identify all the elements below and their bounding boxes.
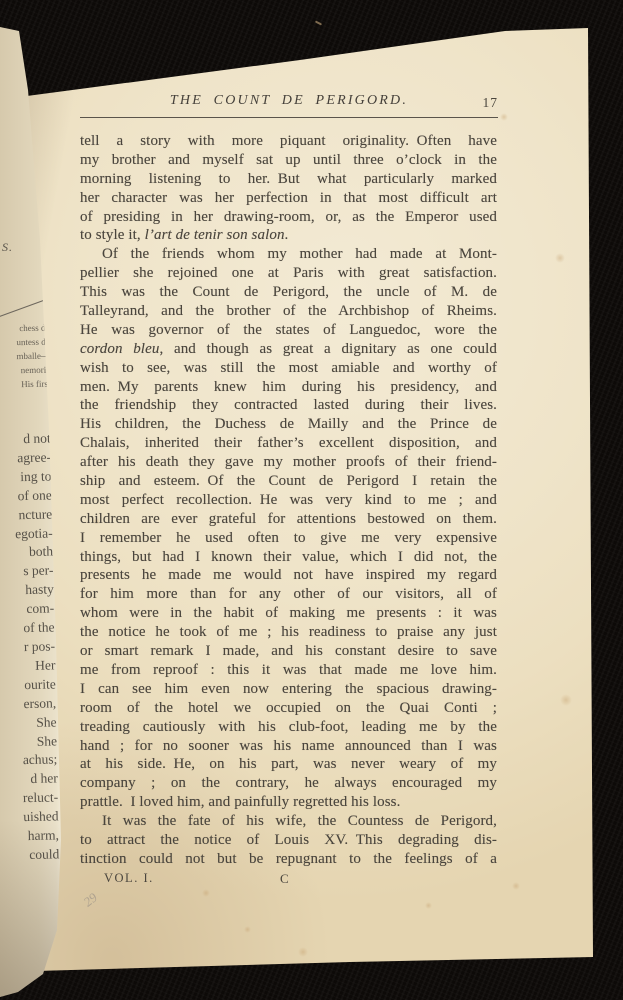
body-line: to attract the notice of Louis XV. This … [80,831,497,850]
body-line: the friendship they contracted lasted du… [80,396,497,415]
body-line: her character was her perfection in that… [80,189,497,208]
body-line: I remember he used often to give me very… [80,529,497,548]
body-line: prattle. I loved him, and painfully regr… [80,793,497,812]
header-rule [80,117,498,118]
body-line: whom were in the habit of making me pres… [80,604,497,623]
body-line: most perfect recollection. He was very k… [80,491,497,510]
body-line: children are ever grateful for attention… [80,510,497,529]
body-line: Chalais, inherited their father’s excell… [80,434,497,453]
body-line: or smart remark I made, and his constant… [80,642,497,661]
body-line: the notice he took of me ; his readiness… [80,623,497,642]
body-line: morning listening to her. But what parti… [80,170,497,189]
body-line: my brother and myself sat up until three… [80,151,497,170]
body-line: things, but had I known their value, whi… [80,548,497,567]
body-line: Of the friends whom my mother had made a… [80,245,497,264]
body-text: tell a story with more piquant originali… [80,132,497,869]
pencil-annotation: 29 [80,890,100,911]
book-photo: S. chess deuntess demballe—nemoriaHis fi… [0,0,623,1000]
body-line: I can see him even now entering the spac… [80,680,497,699]
body-line: of presiding in her drawing-room, or, as… [80,208,497,227]
footer-signature-mark: C [280,871,289,887]
body-line: men. My parents knew him during his pres… [80,378,497,397]
body-line: Talleyrand, and the brother of the Archb… [80,302,497,321]
body-line: wish to see, was still the most amiable … [80,359,497,378]
body-line: pellier she rejoined one at Paris with g… [80,264,497,283]
body-line: at his side. He, on his part, was never … [80,755,497,774]
body-line: This was the Count de Perigord, the uncl… [80,283,497,302]
body-line: hand ; for no sooner was his name announ… [80,737,497,756]
body-line: cordon bleu, and though as great a digni… [80,340,497,359]
body-line: to style it, l’art de tenir son salon. [80,226,497,245]
body-line: tell a story with more piquant originali… [80,132,497,151]
printed-content: THE COUNT DE PERIGORD. 17 tell a story w… [0,0,623,1000]
body-line: after his death they gave my mother proo… [80,453,497,472]
running-header-title: THE COUNT DE PERIGORD. [80,93,498,109]
body-line: for him more than for any other of our v… [80,585,497,604]
body-line: It was the fate of his wife, the Countes… [80,812,497,831]
body-line: presents he made me would not have inspi… [80,566,497,585]
footer-volume: VOL. I. [104,871,154,886]
body-line: ship and esteem. Of the Count de Perigor… [80,472,497,491]
body-line: me from reproof : this it was that made … [80,661,497,680]
body-line: He was governor of the states of Langued… [80,321,497,340]
body-line: company ; on the contrary, he always enc… [80,774,497,793]
body-line: room of the hotel we occupied on the Qua… [80,699,497,718]
body-line: tinction could not but be repugnant to t… [80,850,497,869]
body-line: treading cautiously with his club-foot, … [80,718,497,737]
page-number: 17 [470,95,498,111]
body-line: His children, the Duchess de Mailly and … [80,415,497,434]
